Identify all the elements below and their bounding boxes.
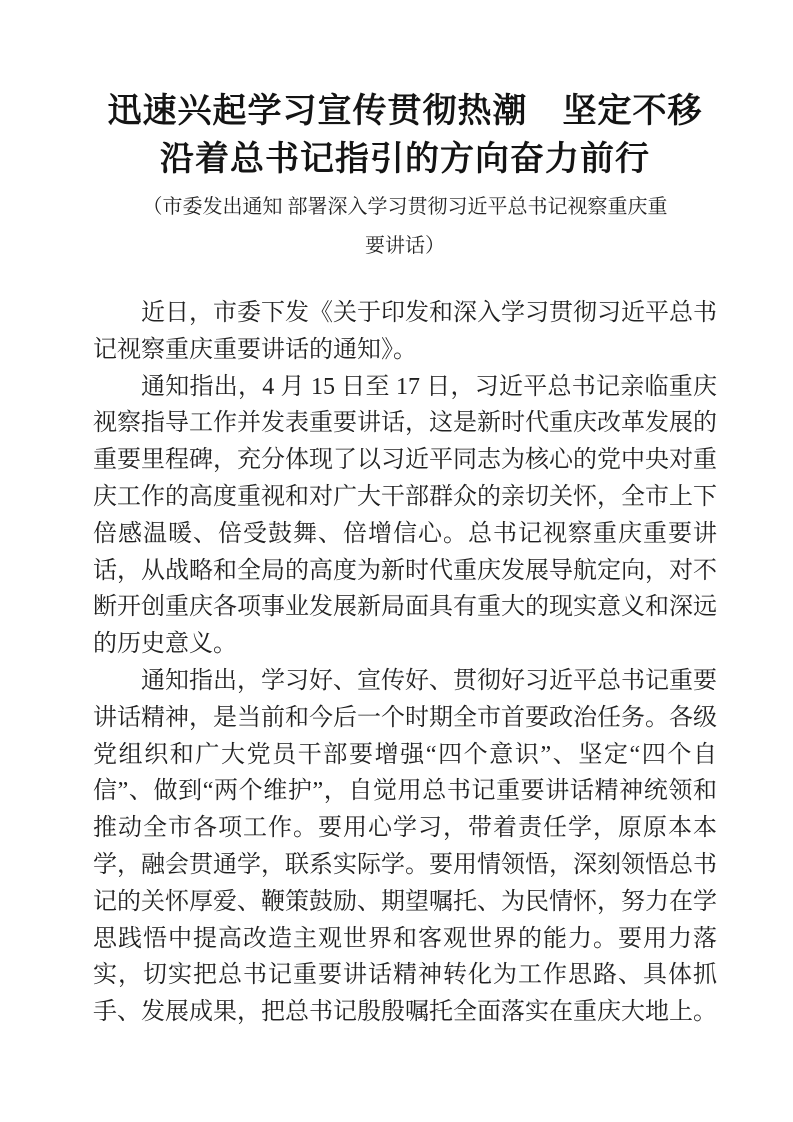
title-line-1: 迅速兴起学习宣传贯彻热潮 坚定不移	[93, 87, 717, 135]
body-paragraph: 通知指出，4 月 15 日至 17 日，习近平总书记亲临重庆视察指导工作并发表重…	[93, 369, 717, 663]
document-title: 迅速兴起学习宣传贯彻热潮 坚定不移 沿着总书记指引的方向奋力前行	[93, 0, 717, 183]
document-body: 近日，市委下发《关于印发和深入学习贯彻习近平总书记视察重庆重要讲话的通知》。通知…	[93, 295, 717, 1031]
title-line-2: 沿着总书记指引的方向奋力前行	[93, 135, 717, 183]
body-paragraph: 通知指出，学习好、宣传好、贯彻好习近平总书记重要讲话精神，是当前和今后一个时期全…	[93, 663, 717, 1031]
document-content: 迅速兴起学习宣传贯彻热潮 坚定不移 沿着总书记指引的方向奋力前行 （市委发出通知…	[93, 0, 717, 1031]
document-page: 迅速兴起学习宣传贯彻热潮 坚定不移 沿着总书记指引的方向奋力前行 （市委发出通知…	[0, 0, 793, 1122]
body-paragraph: 近日，市委下发《关于印发和深入学习贯彻习近平总书记视察重庆重要讲话的通知》。	[93, 295, 717, 369]
document-subtitle: （市委发出通知 部署深入学习贯彻习近平总书记视察重庆重要讲话）	[135, 188, 675, 266]
